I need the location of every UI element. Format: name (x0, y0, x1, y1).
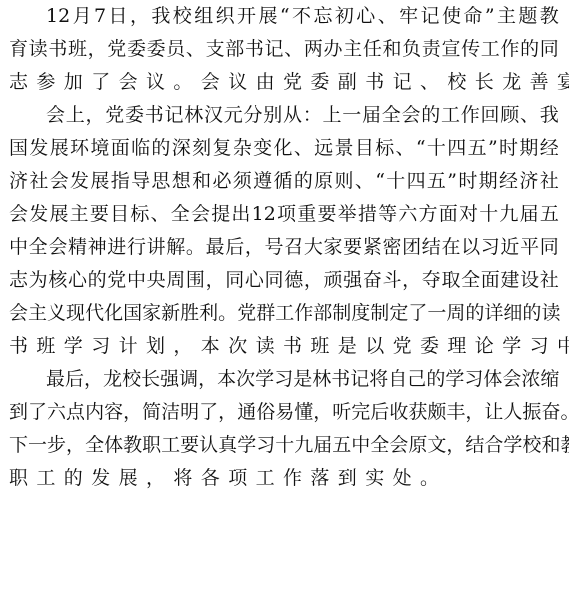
text-line: 最后，龙校长强调，本次学习是林书记将自己的学习体会浓缩 (9, 363, 559, 396)
text-line: 会发展主要目标、全会提出12项重要举措等六方面对十九届五 (9, 198, 559, 231)
text-line: 会上，党委书记林汉元分别从：上一届全会的工作回顾、我 (9, 99, 559, 132)
text-line: 志为核心的党中央周围，同心同德，顽强奋斗，夺取全面建设社 (9, 264, 559, 297)
text-line: 12月7日，我校组织开展“不忘初心、牢记使命”主题教 (9, 0, 559, 33)
text-line: 会主义现代化国家新胜利。党群工作部制度制定了一周的详细的读 (9, 297, 559, 330)
text-line: 育读书班，党委委员、支部书记、两办主任和负责宣传工作的同 (9, 33, 559, 66)
paragraph-2: 会上，党委书记林汉元分别从：上一届全会的工作回顾、我 国发展环境面临的深刻复杂变… (9, 99, 559, 363)
paragraph-1: 12月7日，我校组织开展“不忘初心、牢记使命”主题教 育读书班，党委委员、支部书… (9, 0, 559, 99)
paragraph-3: 最后，龙校长强调，本次学习是林书记将自己的学习体会浓缩 到了六点内容，简洁明了，… (9, 363, 559, 495)
text-line: 济社会发展指导思想和必须遵循的原则、“十四五”时期经济社 (9, 165, 559, 198)
text-line: 到了六点内容，简洁明了，通俗易懂，听完后收获颇丰，让人振奋。 (9, 396, 559, 429)
text-line: 职工的发展，将各项工作落到实处。 (9, 462, 559, 495)
text-line: 国发展环境面临的深刻复杂变化、远景目标、“十四五”时期经 (9, 132, 559, 165)
text-line: 下一步，全体教职工要认真学习十九届五中全会原文，结合学校和教 (9, 429, 559, 462)
text-line: 中全会精神进行讲解。最后，号召大家要紧密团结在以习近平同 (9, 231, 559, 264)
text-line: 书班学习计划，本次读书班是以党委理论学习中心组为开班。 (9, 330, 559, 363)
text-line: 志参加了会议。会议由党委副书记、校长龙善宴主持。 (9, 66, 559, 99)
document-body: 12月7日，我校组织开展“不忘初心、牢记使命”主题教 育读书班，党委委员、支部书… (9, 0, 559, 495)
